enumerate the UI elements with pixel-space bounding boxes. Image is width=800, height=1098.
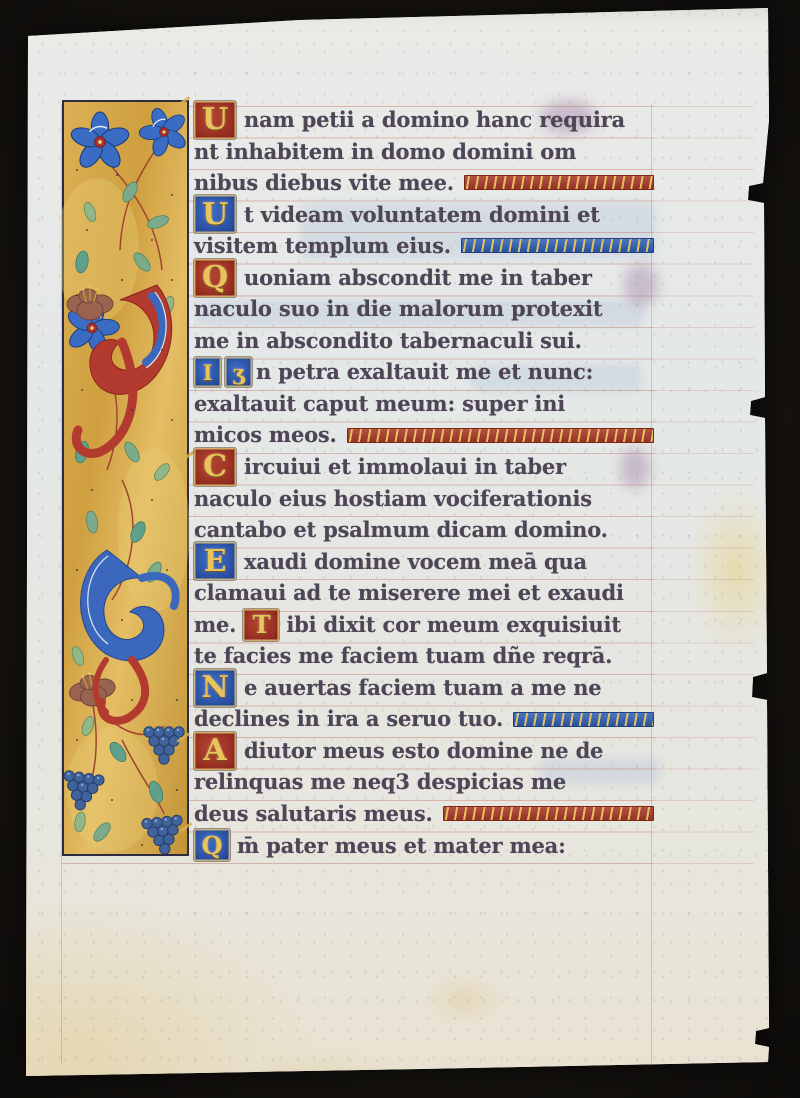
illuminated-border — [62, 100, 189, 856]
illuminated-initial: A — [194, 732, 236, 770]
manuscript-leaf: Unam petii a domino hanc requirant inhab… — [0, 0, 800, 1098]
text-line: visitem templum eius. — [194, 230, 654, 262]
text-line-segment: nam petii a domino hanc requira — [244, 104, 625, 136]
text-line: nibus diebus vite mee. — [194, 167, 654, 199]
ruling-lines-margin — [654, 106, 754, 864]
text-line: clamaui ad te miserere mei et exaudi — [194, 577, 654, 609]
text-line-segment: declines in ira a seruo tuo. — [194, 703, 503, 735]
text-line: Ut videam voluntatem domini et — [194, 199, 654, 231]
text-line: Adiutor meus esto domine ne de — [194, 735, 654, 767]
illuminated-initial: N — [194, 669, 236, 707]
illuminated-initial: Q — [194, 259, 236, 297]
leaf-wrap: Unam petii a domino hanc requirant inhab… — [0, 0, 800, 1098]
text-line: te facies me faciem tuam dñe reqrā. — [194, 640, 654, 672]
text-line-segment: m̄ pater meus et mater mea: — [237, 830, 566, 862]
text-line-segment: deus salutaris meus. — [194, 798, 433, 830]
text-block: Unam petii a domino hanc requirant inhab… — [194, 104, 654, 861]
text-line: Unam petii a domino hanc requira — [194, 104, 654, 136]
illuminated-initial: E — [194, 542, 236, 580]
text-line-segment: te facies me faciem tuam dñe reqrā. — [194, 640, 612, 672]
text-line: cantabo et psalmum dicam domino. — [194, 514, 654, 546]
text-line: me in abscondito tabernaculi sui. — [194, 325, 654, 357]
illuminated-initial: U — [194, 195, 236, 233]
text-line-segment: naculo suo in die malorum protexit — [194, 293, 602, 325]
text-line: Exaudi domine vocem meā qua — [194, 546, 654, 578]
text-line-segment: exaltauit caput meum: super ini — [194, 388, 565, 420]
illuminated-initial: U — [194, 101, 236, 139]
text-line: declines in ira a seruo tuo. — [194, 703, 654, 735]
text-line: naculo suo in die malorum protexit — [194, 293, 654, 325]
text-line: Circuiui et immolaui in taber — [194, 451, 654, 483]
text-line-segment: naculo eius hostiam vociferationis — [194, 483, 592, 515]
line-filler — [464, 175, 654, 190]
text-line: Quoniam abscondit me in taber — [194, 262, 654, 294]
text-line-segment: clamaui ad te miserere mei et exaudi — [194, 577, 624, 609]
text-line: micos meos. — [194, 419, 654, 451]
text-line-segment: me. — [194, 609, 243, 641]
illuminated-initial: T — [243, 609, 279, 641]
line-filler — [513, 712, 654, 727]
text-line-segment: nt inhabitem in domo domini om — [194, 136, 576, 168]
text-line: naculo eius hostiam vociferationis — [194, 483, 654, 515]
line-filler — [347, 428, 654, 443]
photo-background: Unam petii a domino hanc requirant inhab… — [0, 0, 800, 1098]
text-line-segment: diutor meus esto domine ne de — [244, 735, 603, 767]
illuminated-initial: I — [194, 357, 221, 387]
text-line-segment: ibi dixit cor meum exquisiuit — [286, 609, 620, 641]
text-line-segment: n petra exaltauit me et nunc: — [256, 356, 593, 388]
text-line: Iʒn petra exaltauit me et nunc: — [194, 356, 654, 388]
text-line-segment: xaudi domine vocem meā qua — [244, 546, 587, 578]
text-line: relinquas me neq3 despicias me — [194, 766, 654, 798]
text-line-segment: cantabo et psalmum dicam domino. — [194, 514, 608, 546]
line-filler — [461, 238, 654, 253]
text-line-segment: e auertas faciem tuam a me ne — [244, 672, 601, 704]
line-filler — [443, 806, 654, 821]
text-line: Ne auertas faciem tuam a me ne — [194, 672, 654, 704]
text-line-segment: visitem templum eius. — [194, 230, 451, 262]
illuminated-initial: ʒ — [225, 357, 252, 387]
text-line: nt inhabitem in domo domini om — [194, 136, 654, 168]
illuminated-initial: Q — [194, 829, 230, 861]
text-line-segment: micos meos. — [194, 419, 337, 451]
text-line: me. Tibi dixit cor meum exquisiuit — [194, 609, 654, 641]
text-line-segment: t videam voluntatem domini et — [244, 199, 600, 231]
text-line-segment: uoniam abscondit me in taber — [244, 262, 592, 294]
text-line: deus salutaris meus. — [194, 798, 654, 830]
text-line-segment: nibus diebus vite mee. — [194, 167, 454, 199]
text-line-segment: me in abscondito tabernaculi sui. — [194, 325, 582, 357]
text-line-segment: relinquas me neq3 despicias me — [194, 766, 566, 798]
text-line: exaltauit caput meum: super ini — [194, 388, 654, 420]
text-line-segment: ircuiui et immolaui in taber — [244, 451, 566, 483]
illuminated-initial: C — [194, 448, 236, 486]
text-line: Qm̄ pater meus et mater mea: — [194, 830, 654, 862]
